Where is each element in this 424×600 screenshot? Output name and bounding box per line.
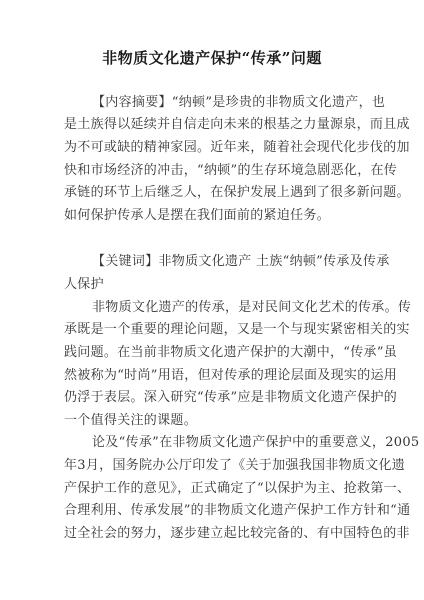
paragraph-line: 一个值得关注的课题。 xyxy=(64,413,364,429)
paragraph-line: 年3月，国务院办公厅印发了《关于加强我国非物质文化遗 xyxy=(64,458,364,474)
paragraph-line: 非物质文化遗产的传承，是对民间文化艺术的传承。传 xyxy=(92,300,392,316)
abstract-line: 为不可或缺的精神家园。近年来，随着社会现代化步伐的加 xyxy=(64,140,364,156)
keywords-line: 人保护 xyxy=(64,277,364,293)
paragraph-line: 然被称为“时尚”用语，但对传承的理论层面及现实的运用 xyxy=(64,368,364,384)
paragraph-line: 合理利用、传承发展”的非物质文化遗产保护工作方针和“通 xyxy=(64,503,364,519)
paragraph-line: 论及“传承”在非物质文化遗产保护中的重要意义，2005 xyxy=(92,435,392,451)
paragraph-line: 践问题。在当前非物质文化遗产保护的大潮中，“传承”虽 xyxy=(64,345,364,361)
paragraph-line: 仍浮于表层。深入研究“传承”应是非物质文化遗产保护的 xyxy=(64,390,364,406)
abstract-line: 快和市场经济的冲击，“纳顿”的生存环境急剧恶化，在传 xyxy=(64,163,364,179)
document-title: 非物质文化遗产保护“传承”问题 xyxy=(0,47,424,68)
paragraph-line: 承既是一个重要的理论问题，又是一个与现实紧密相关的实 xyxy=(64,322,364,338)
document-page: 非物质文化遗产保护“传承”问题 【内容摘要】“纳顿”是珍贵的非物质文化遗产，也 … xyxy=(0,0,424,600)
paragraph-line: 产保护工作的意见》，正式确定了“以保护为主、抢救第一、 xyxy=(64,481,364,497)
abstract-line: 承链的环节上后继乏人，在保护发展上遇到了很多新问题。 xyxy=(64,185,364,201)
abstract-line: 如何保护传承人是摆在我们面前的紧迫任务。 xyxy=(64,208,364,224)
abstract-line: 是土族得以延续并自信走向未来的根基之力量源泉，而且成 xyxy=(64,117,364,133)
paragraph-line: 过全社会的努力，逐步建立起比较完备的、有中国特色的非 xyxy=(64,526,364,542)
abstract-line: 【内容摘要】“纳顿”是珍贵的非物质文化遗产，也 xyxy=(92,95,392,111)
keywords-line: 【关键词】非物质文化遗产 土族“纳顿”传承及传承 xyxy=(92,254,392,270)
